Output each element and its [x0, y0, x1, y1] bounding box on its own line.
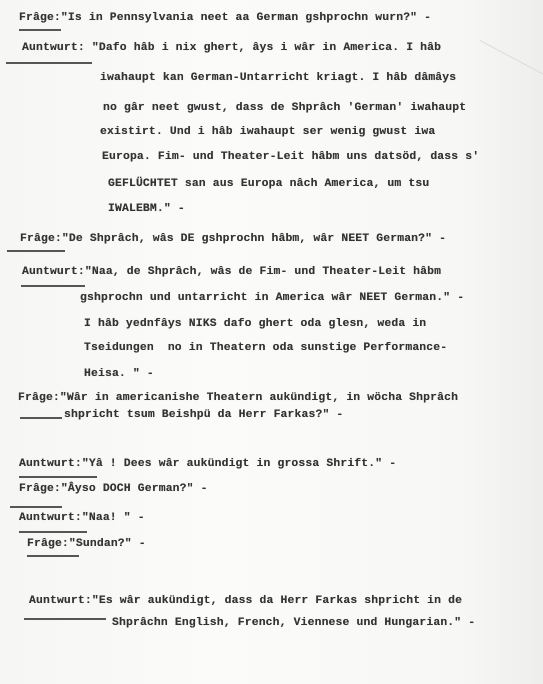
question-line: Frâge:"Âyso DOCH German?" - — [19, 483, 208, 495]
speaker-underline — [6, 62, 92, 64]
answer-line: Auntwurt:"Es wâr aukündigt, dass da Herr… — [29, 595, 462, 607]
speaker-underline — [7, 250, 65, 252]
speaker-underline — [19, 476, 97, 478]
typewritten-page: Frâge:"Is in Pennsylvania neet aa German… — [0, 0, 543, 684]
question-line: Frâge:"Sundan?" - — [27, 538, 146, 550]
answer-line: gshprochn und untarricht in America wâr … — [80, 292, 464, 304]
answer-line: Europa. Fim- und Theater-Leit hâbm uns d… — [102, 151, 479, 163]
speaker-underline — [10, 506, 62, 508]
speaker-underline — [24, 618, 106, 620]
answer-line: Auntwurt:"Yâ ! Dees wâr aukündigt in gro… — [19, 458, 396, 470]
question-line: shpricht tsum Beishpü da Herr Farkas?" - — [64, 409, 343, 421]
answer-line: GEFLÜCHTET san aus Europa nâch America, … — [108, 178, 429, 190]
speaker-underline — [19, 29, 61, 31]
answer-line: Auntwurt: "Dafo hâb i nix ghert, âys i w… — [22, 42, 441, 54]
answer-line: IWALEBM." - — [108, 203, 185, 215]
question-line: Frâge:"Wâr in americanishe Theatern aukü… — [18, 392, 458, 404]
question-line: Frâge:"Is in Pennsylvania neet aa German… — [19, 12, 431, 24]
speaker-underline — [21, 285, 85, 287]
answer-line: iwahaupt kan German-Untarricht kriagt. I… — [100, 72, 456, 84]
answer-line: existirt. Und i hâb iwahaupt ser wenig g… — [100, 126, 435, 138]
answer-line: I hâb yednfâys NIKS dafo ghert oda glesn… — [84, 318, 426, 330]
speaker-underline — [20, 417, 62, 419]
question-line: Frâge:"De Shprâch, wâs DE gshprochn hâbm… — [20, 233, 446, 245]
answer-line: Auntwurt:"Naa! " - — [19, 512, 145, 524]
speaker-underline — [19, 531, 87, 533]
paper-fold-mark — [480, 40, 543, 83]
speaker-underline — [27, 555, 79, 557]
answer-line: Shprâchn English, French, Viennese und H… — [112, 617, 475, 629]
answer-line: Auntwurt:"Naa, de Shprâch, wâs de Fim- u… — [22, 266, 441, 278]
answer-line: Heisa. " - — [84, 368, 154, 380]
answer-line: Tseidungen no in Theatern oda sunstige P… — [84, 342, 447, 354]
answer-line: no gâr neet gwust, dass de Shprâch 'Germ… — [103, 102, 466, 114]
